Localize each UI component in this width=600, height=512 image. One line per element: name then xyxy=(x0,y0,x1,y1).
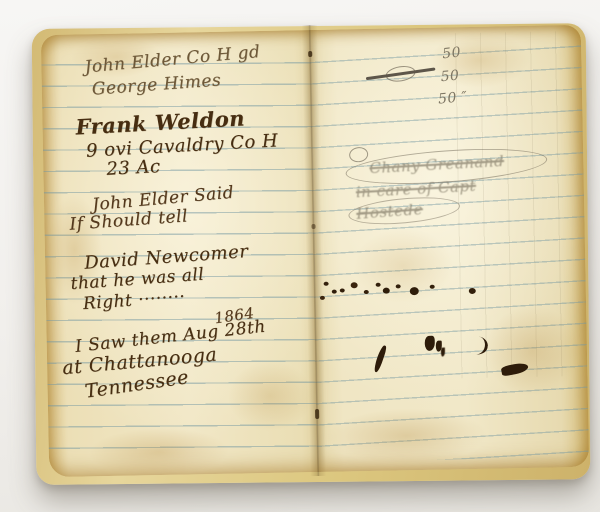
ink-blot xyxy=(332,290,337,294)
ink-transfer-dots xyxy=(324,282,329,286)
age-stain xyxy=(88,427,229,477)
paper-creases xyxy=(455,31,580,378)
left-page: John Elder Co H gd George Himes Frank We… xyxy=(41,30,321,477)
handwriting-line: John Elder Co H gd xyxy=(84,42,261,78)
scratched-out-word xyxy=(371,64,431,83)
ink-blot xyxy=(471,336,489,357)
ink-blot xyxy=(501,362,529,377)
ink-blot xyxy=(425,336,435,351)
right-page: 50 50 50 ″ Chany Greanand in care of Cap… xyxy=(309,25,589,472)
notebook: John Elder Co H gd George Himes Frank We… xyxy=(41,25,589,477)
photo-background: John Elder Co H gd George Himes Frank We… xyxy=(0,0,600,512)
age-stain xyxy=(227,360,313,432)
age-stain xyxy=(353,227,454,304)
handwriting-line: 23 Ac xyxy=(106,156,161,180)
pencil-number: 50 ″ xyxy=(437,89,468,108)
pencil-number: 50 xyxy=(441,44,461,62)
ink-blot xyxy=(373,345,388,373)
handwriting-line: If Should tell xyxy=(69,206,189,234)
age-stain xyxy=(326,407,487,465)
age-stain xyxy=(484,305,581,397)
pencil-number: 50 xyxy=(440,68,460,86)
pencil-oval-mark xyxy=(348,146,369,163)
